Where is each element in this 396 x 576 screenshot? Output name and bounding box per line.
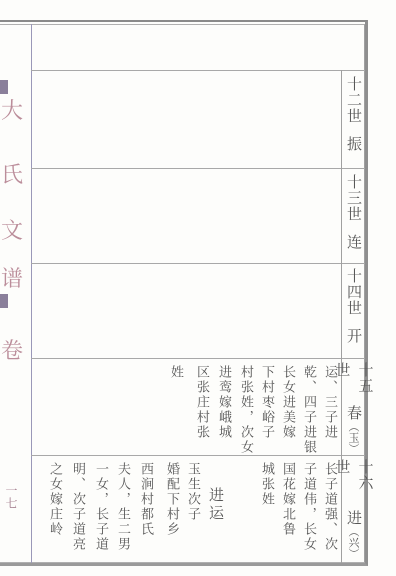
side-title-glyph: 谱 [0, 268, 24, 292]
text-column: 长子道强、次 [320, 462, 338, 552]
text-column: 玉生次子 [183, 462, 201, 522]
side-title-glyph: 大 [0, 100, 24, 124]
text-column: 夫人，生二男 [113, 462, 131, 552]
side-title: 大 氏 文 谱 卷 [0, 72, 26, 492]
generation-label-15: 十五世 春 （玉） [342, 362, 365, 454]
text-column: 一女，长子道 [91, 462, 109, 552]
row-divider [31, 455, 365, 456]
text-column: 之女嫁庄岭 [45, 462, 63, 537]
generation-label-16: 十六世 进 （兴） [342, 459, 365, 559]
generation-label-12: 十二世 振 [342, 76, 365, 166]
row-divider [31, 168, 365, 169]
text-column: 国花嫁北鲁 [278, 462, 296, 537]
genealogy-page: 大 氏 文 谱 卷 一七 十二世 振 十三世 连 十四世 开 十五世 春 （玉）… [0, 0, 396, 576]
row-divider [31, 70, 365, 71]
text-column: 下村枣峪子 [257, 365, 275, 440]
side-title-glyph: 卷 [0, 340, 24, 364]
text-column: 村张姓，次女 [236, 365, 254, 455]
text-column: 区张庄村张 [192, 365, 210, 440]
text-column: 明、次子道亮 [68, 462, 86, 552]
text-column: 乾、四子进银 [299, 365, 317, 455]
title-bracket-bottom [0, 294, 8, 308]
text-column: 西涧村都氏 [136, 462, 154, 537]
side-title-glyph: 氏 [0, 164, 24, 188]
page-number: 一七 [6, 484, 20, 510]
text-column: 长女进美嫁 [278, 365, 296, 440]
generation-label-13: 十三世 连 [342, 174, 365, 262]
row-divider [31, 358, 365, 359]
text-column-name: 进运 [207, 487, 225, 523]
row-divider [31, 263, 365, 264]
text-column: 婚配下村乡 [162, 462, 180, 537]
generation-label-14: 十四世 开 [342, 268, 365, 356]
title-bracket-top [0, 80, 8, 94]
left-margin-line [31, 24, 32, 563]
text-column: 城张姓 [257, 462, 275, 507]
text-column: 运、三子进 [320, 365, 338, 440]
text-column: 进鸾嫁峨城 [214, 365, 232, 440]
text-column: 姓 [166, 365, 184, 380]
side-title-glyph: 文 [0, 220, 24, 244]
text-column: 子道伟，长女 [299, 462, 317, 552]
